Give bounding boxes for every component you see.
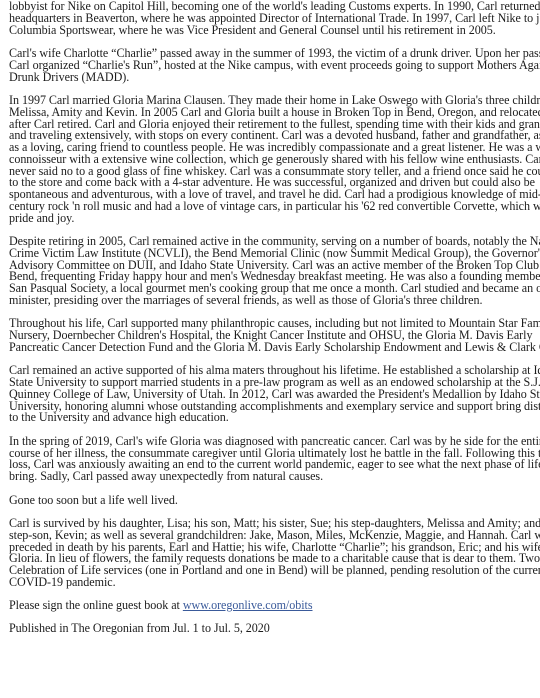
text-line: century rock 'n roll music and had a lov… [9,201,539,213]
paragraph-passing: In the spring of 2019, Carl's wife Glori… [9,436,539,483]
guestbook-link[interactable]: www.oregonlive.com/obits [183,598,313,612]
paragraph-gloria: In 1997 Carl married Gloria Marina Claus… [9,95,539,224]
publication-paragraph: Published in The Oregonian from Jul. 1 t… [9,623,539,635]
obituary-document: lobbyist for Nike on Capitol Hill, becom… [9,1,539,646]
text-line: pride and joy. [9,213,539,225]
paragraph-career: lobbyist for Nike on Capitol Hill, becom… [9,1,539,36]
guestbook-paragraph: Please sign the online guest book at www… [9,600,539,612]
paragraph-alma-maters: Carl remained an active supported of his… [9,365,539,424]
paragraph-charlotte: Carl's wife Charlotte “Charlie” passed a… [9,48,539,83]
paragraph-tribute: Gone too soon but a life well lived. [9,495,539,507]
text-line: Drunk Drivers (MADD). [9,72,539,84]
paragraph-philanthropy: Throughout his life, Carl supported many… [9,318,539,353]
text-line: minister, presiding over the marriages o… [9,295,539,307]
guestbook-prefix: Please sign the online guest book at [9,598,183,612]
paragraph-survivors: Carl is survived by his daughter, Lisa; … [9,518,539,589]
text-line: COVID-19 pandemic. [9,577,539,589]
text-line: to the University and advance high educa… [9,412,539,424]
text-line: Pancreatic Cancer Detection Fund and the… [9,342,539,354]
text-line: bring. Sadly, Carl passed away unexpecte… [9,471,539,483]
guestbook-line: Please sign the online guest book at www… [9,600,539,612]
text-line: Columbia Sportswear, where he was Vice P… [9,25,539,37]
publication-line: Published in The Oregonian from Jul. 1 t… [9,623,539,635]
paragraph-community: Despite retiring in 2005, Carl remained … [9,236,539,307]
text-line: Gone too soon but a life well lived. [9,495,539,507]
